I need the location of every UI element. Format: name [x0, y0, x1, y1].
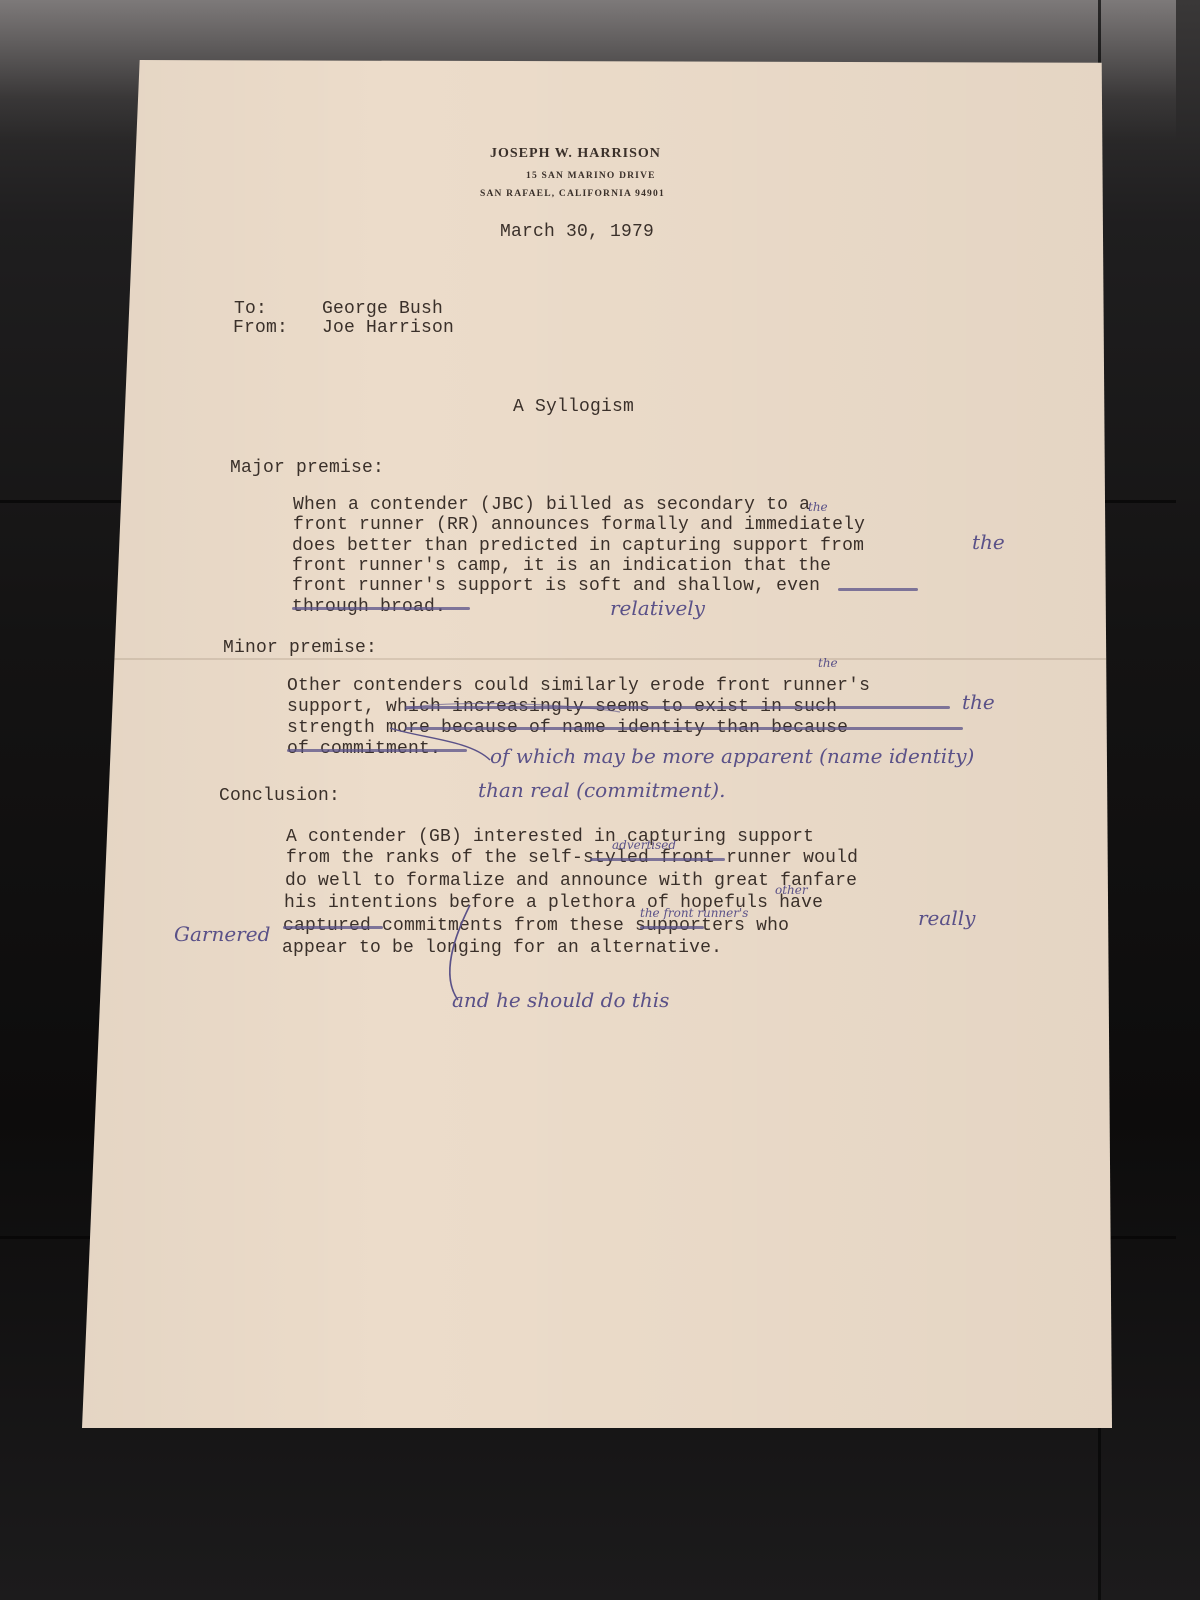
handwritten-arrows: [0, 0, 1176, 1600]
